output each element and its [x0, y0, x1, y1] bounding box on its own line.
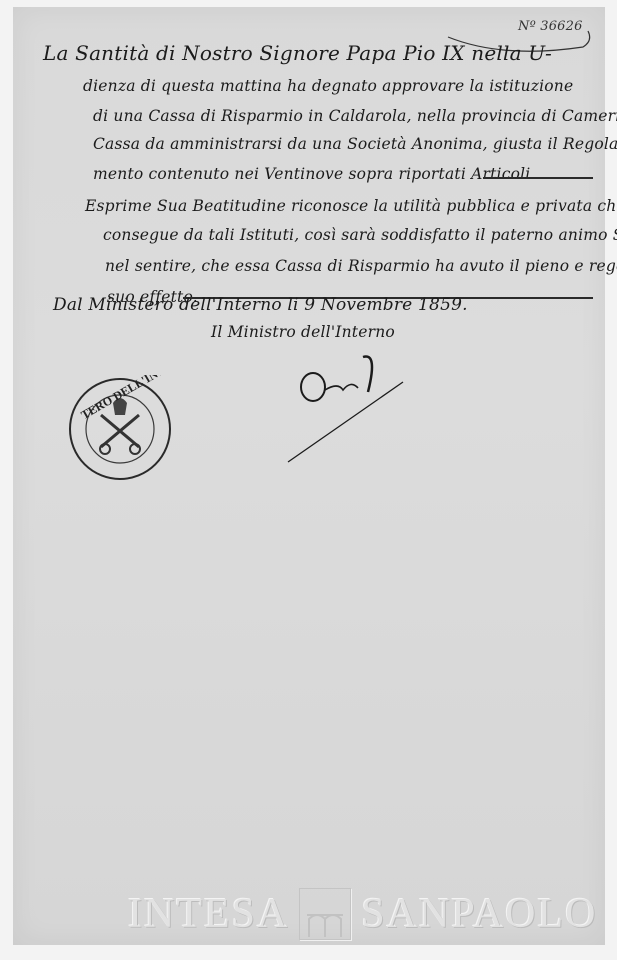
watermark-left-text: INTESA: [128, 890, 289, 938]
document-line-7: consegue da tali Istituti, così sarà sod…: [103, 226, 617, 244]
document-line-5: mento contenuto nei Ventinove sopra ripo…: [93, 165, 530, 183]
intesa-sanpaolo-logo-icon: [299, 888, 351, 940]
signatory-title: Il Ministro dell'Interno: [211, 323, 395, 341]
svg-text:TERO DELL'INT: TERO DELL'INT: [78, 375, 167, 422]
document-line-4: Cassa da amministrarsi da una Società An…: [93, 135, 617, 153]
document-line-8: nel sentire, che essa Cassa di Risparmio…: [105, 257, 617, 275]
watermark-right-text: SANPAOLO: [361, 890, 597, 938]
ministry-seal-icon: TERO DELL'INT: [61, 375, 179, 483]
document-line-1: La Santità di Nostro Signore Papa Pio IX…: [43, 41, 552, 65]
line-end-rule: [483, 177, 593, 179]
document-line-2: dienza di questa mattina ha degnato appr…: [83, 77, 573, 95]
signature-icon: [283, 352, 413, 467]
intesa-sanpaolo-watermark: INTESA SANPAOLO: [128, 888, 598, 940]
document-line-6: Esprime Sua Beatitudine riconosce la uti…: [85, 197, 617, 215]
document-sheet: Nº 36626 La Santità di Nostro Signore Pa…: [13, 7, 605, 945]
document-line-3: di una Cassa di Risparmio in Caldarola, …: [93, 107, 617, 125]
date-line: Dal Ministero dell'Interno li 9 Novembre…: [53, 295, 468, 315]
